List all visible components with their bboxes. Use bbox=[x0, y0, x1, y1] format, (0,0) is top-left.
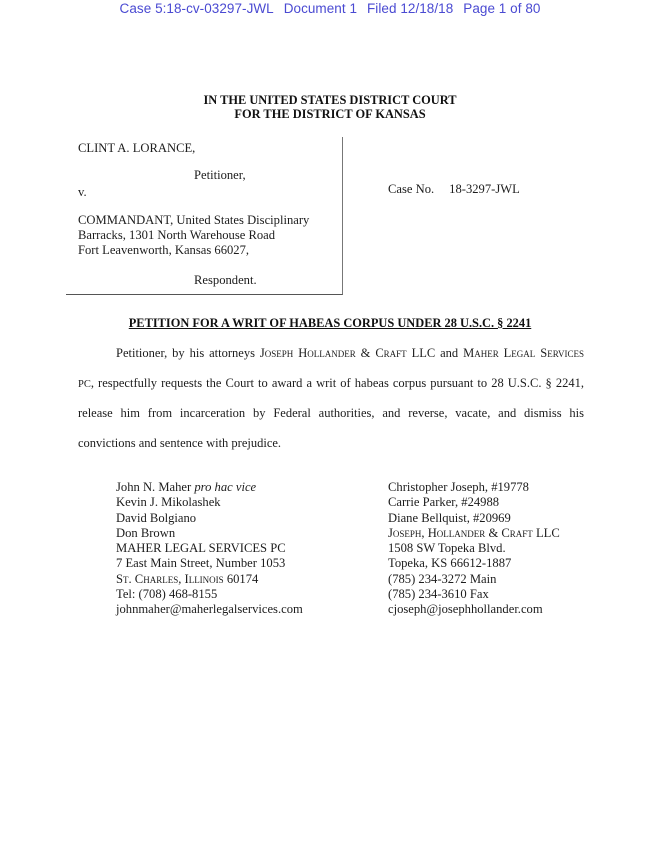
counsel-phone: Tel: (708) 468-8155 bbox=[116, 587, 303, 602]
counsel-fax: (785) 234-3610 Fax bbox=[388, 587, 560, 602]
case-number: Case No.18-3297-JWL bbox=[388, 182, 520, 197]
stamp-filed-date: Filed 12/18/18 bbox=[367, 1, 453, 16]
document-title: PETITION FOR A WRIT OF HABEAS CORPUS UND… bbox=[0, 316, 660, 331]
counsel-line: Carrie Parker, #24988 bbox=[388, 495, 560, 510]
respondent-line: COMMANDANT, United States Disciplinary bbox=[78, 212, 309, 228]
firm-name-maher: Maher Legal Services bbox=[463, 346, 584, 360]
case-number-value: 18-3297-JWL bbox=[449, 182, 520, 196]
respondent-role: Respondent. bbox=[194, 272, 257, 288]
ecf-header-stamp: Case 5:18-cv-03297-JWLDocument 1Filed 12… bbox=[0, 1, 660, 16]
court-heading-line2: FOR THE DISTRICT OF KANSAS bbox=[0, 107, 660, 121]
petitioner-name: CLINT A. LORANCE, bbox=[78, 140, 195, 156]
counsel-block-joseph-hollander: Christopher Joseph, #19778 Carrie Parker… bbox=[388, 480, 560, 618]
counsel-email: cjoseph@josephhollander.com bbox=[388, 602, 560, 617]
firm-name-joseph-hollander: Joseph Hollander & Craft LLC bbox=[260, 346, 435, 360]
court-heading-line1: IN THE UNITED STATES DISTRICT COURT bbox=[0, 93, 660, 107]
counsel-firm: MAHER LEGAL SERVICES PC bbox=[116, 541, 303, 556]
counsel-line: Don Brown bbox=[116, 526, 303, 541]
counsel-line: John N. Maher pro hac vice bbox=[116, 480, 303, 495]
body-paragraph-line1: Petitioner, by his attorneys Joseph Holl… bbox=[78, 346, 584, 361]
respondent-line: Fort Leavenworth, Kansas 66027, bbox=[78, 242, 249, 258]
counsel-city: St. Charles, Illinois 60174 bbox=[116, 572, 303, 587]
respondent-line: Barracks, 1301 North Warehouse Road bbox=[78, 227, 275, 243]
counsel-phone: (785) 234-3272 Main bbox=[388, 572, 560, 587]
counsel-line: Kevin J. Mikolashek bbox=[116, 495, 303, 510]
counsel-block-maher: John N. Maher pro hac vice Kevin J. Miko… bbox=[116, 480, 303, 618]
petitioner-role: Petitioner, bbox=[194, 167, 246, 183]
counsel-firm: Joseph, Hollander & Craft LLC bbox=[388, 526, 560, 541]
stamp-document: Document 1 bbox=[284, 1, 357, 16]
body-paragraph-line4: convictions and sentence with prejudice. bbox=[78, 436, 584, 451]
stamp-page-count: Page 1 of 80 bbox=[463, 1, 540, 16]
counsel-line: 1508 SW Topeka Blvd. bbox=[388, 541, 560, 556]
counsel-email: johnmaher@maherlegalservices.com bbox=[116, 602, 303, 617]
case-number-label: Case No. bbox=[388, 182, 434, 196]
counsel-line: Diane Bellquist, #20969 bbox=[388, 511, 560, 526]
versus-label: v. bbox=[78, 184, 87, 200]
counsel-line: Topeka, KS 66612-1887 bbox=[388, 556, 560, 571]
court-heading: IN THE UNITED STATES DISTRICT COURT FOR … bbox=[0, 93, 660, 121]
stamp-case-number: Case 5:18-cv-03297-JWL bbox=[120, 1, 274, 16]
body-paragraph-line3: release him from incarceration by Federa… bbox=[78, 406, 584, 421]
body-paragraph-line2: PC, respectfully requests the Court to a… bbox=[78, 376, 584, 391]
pro-hac-vice-note: pro hac vice bbox=[194, 480, 256, 494]
counsel-line: Christopher Joseph, #19778 bbox=[388, 480, 560, 495]
counsel-line: David Bolgiano bbox=[116, 511, 303, 526]
counsel-line: 7 East Main Street, Number 1053 bbox=[116, 556, 303, 571]
